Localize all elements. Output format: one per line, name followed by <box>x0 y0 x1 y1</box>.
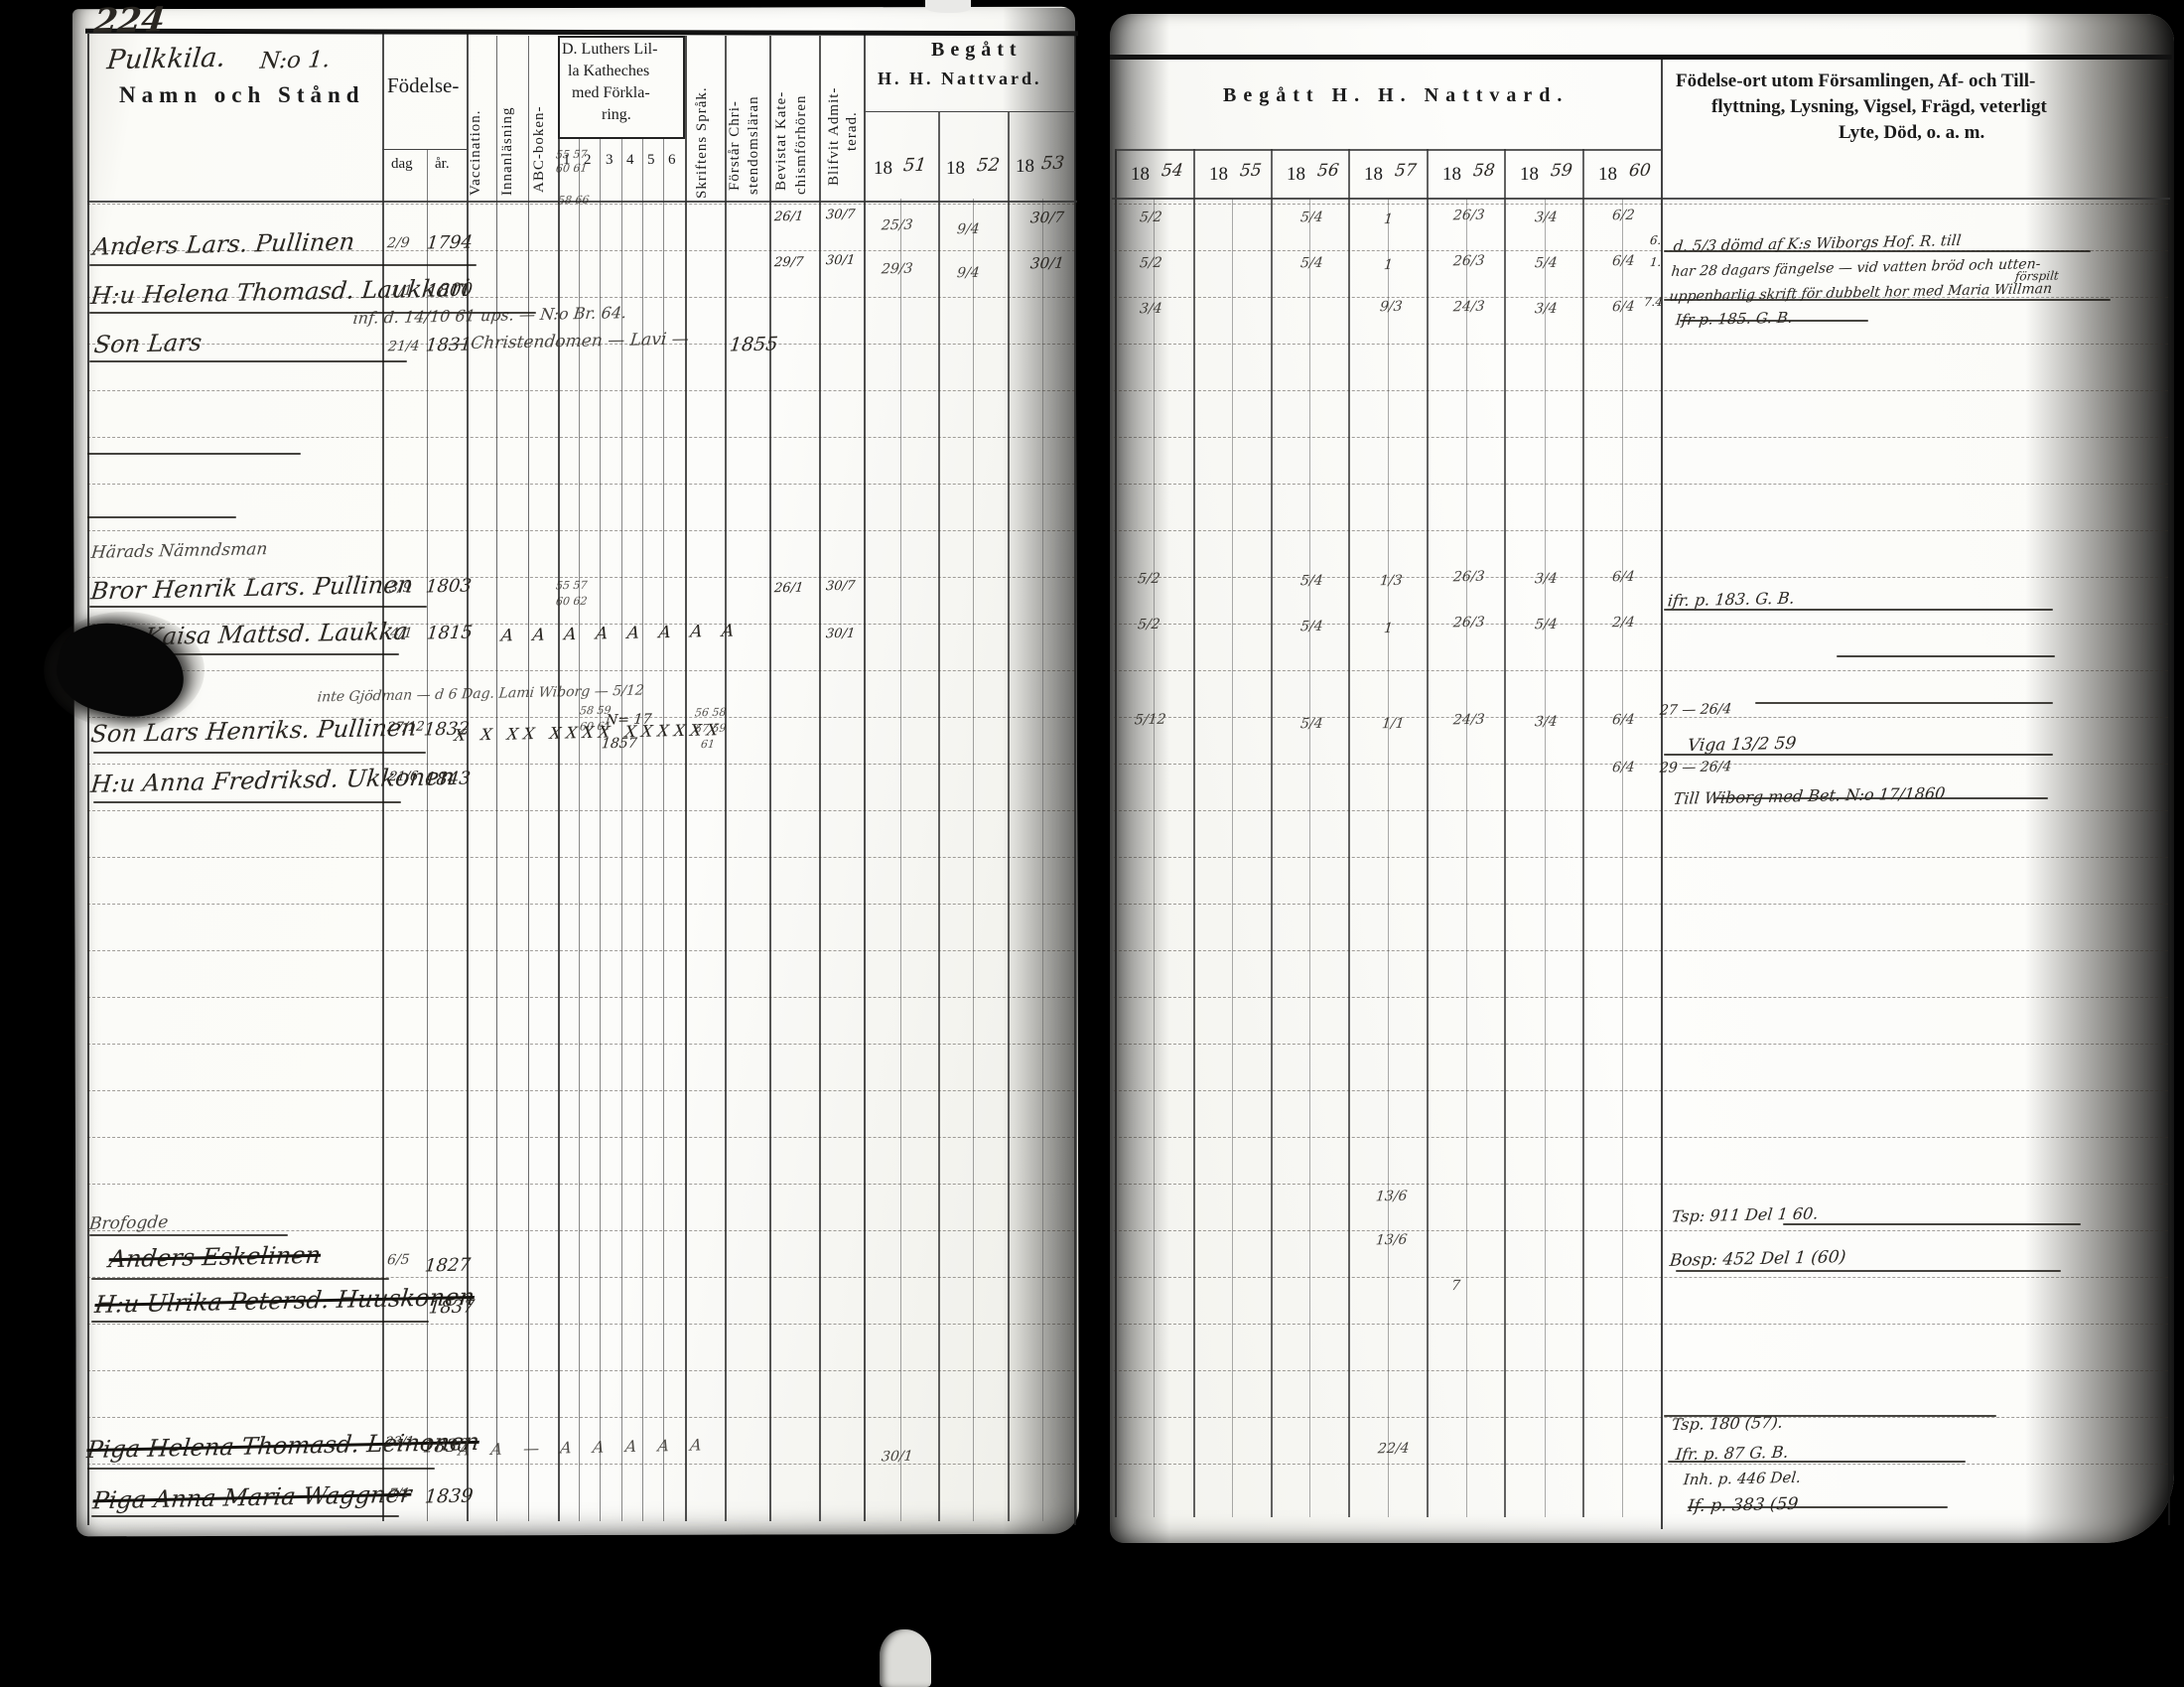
margin-note: Tsp. 180 (57). <box>1671 1415 1784 1433</box>
grid-line <box>87 484 1075 485</box>
entry-birth-year: 1839 <box>424 1486 474 1506</box>
year-1856-digits: 56 <box>1316 163 1339 180</box>
grid-line <box>87 34 89 1525</box>
village-number: N:o 1. <box>259 49 332 72</box>
margin-note: Ifr p. 185. G. B. <box>1675 311 1793 328</box>
communion-mark: 29/7 <box>773 256 804 270</box>
entry-birth-day: 3/9 <box>388 581 412 595</box>
communion-mark: 26/3 <box>1452 570 1485 585</box>
year-1854-printed: 18 <box>1131 165 1150 184</box>
col-header-bevistat-katechismforhoren-2: chismförhören <box>794 38 809 195</box>
year-1860-digits: 60 <box>1628 163 1651 180</box>
year-1851-printed: 18 <box>874 159 892 178</box>
margin-note: If. p. 383 (59 <box>1687 1496 1799 1515</box>
grid-line <box>87 857 1075 858</box>
grid-line <box>1114 1184 2168 1185</box>
entry-name-struck: Anders Eskelinen <box>108 1243 323 1271</box>
grid-line <box>87 1324 1075 1325</box>
grid-line <box>1114 484 2168 485</box>
entry-birth-day: 2/9 <box>386 236 410 250</box>
communion-mark: 5/12 <box>1134 713 1166 728</box>
catechism-num-5: 5 <box>647 153 655 168</box>
col-header-birth: Födelse- <box>387 75 459 96</box>
grid-line <box>1427 149 1429 1517</box>
communion-mark: 6/4 <box>1611 300 1635 314</box>
grid-line <box>382 149 467 150</box>
grid-line <box>1466 199 1467 1517</box>
grid-line <box>1114 1090 2168 1091</box>
grid-line <box>1154 199 1155 1517</box>
margin-note: Ifr. p. 87 G. B. <box>1675 1445 1789 1463</box>
grid-line <box>1504 149 1506 1517</box>
grid-line <box>87 453 301 455</box>
catechism-header-line2: la Katheches <box>568 64 649 79</box>
grid-line <box>1114 1230 2168 1231</box>
grid-line <box>1622 199 1623 1517</box>
entry-birth-year: 1794 <box>426 234 474 253</box>
grid-line <box>1271 149 1273 1517</box>
communion-header-left-line2: H. H. Nattvard. <box>878 70 1042 87</box>
grid-line <box>528 36 529 1521</box>
grid-line <box>1112 198 2170 200</box>
year-1853-digits: 53 <box>1040 155 1065 173</box>
grid-line <box>93 801 401 803</box>
grid-line <box>87 810 1075 811</box>
entry-birth-day: 7/1 <box>388 1487 410 1500</box>
grid-line <box>87 437 1075 438</box>
exam-years-mark: 57 59 <box>694 723 727 735</box>
grid-line <box>1661 58 1663 1529</box>
entry-birth-day: 27/12 <box>386 721 425 735</box>
communion-mark: 9/4 <box>956 222 980 236</box>
grid-line <box>87 764 1075 765</box>
book-clamp-bottom <box>880 1629 931 1687</box>
communion-header-left-line1: Begått <box>931 40 1023 60</box>
communion-mark: 5/2 <box>1139 211 1162 224</box>
grid-line <box>1008 111 1010 1521</box>
grid-line <box>1074 34 1076 1525</box>
exam-years-mark: 60 61 <box>555 163 588 175</box>
communion-mark: 13/6 <box>1375 1233 1408 1248</box>
page-number: 224 <box>92 3 167 38</box>
communion-mark: 30/7 <box>825 580 856 594</box>
communion-mark: 5/4 <box>1299 717 1323 731</box>
exam-years-mark: 56 58 <box>694 707 727 719</box>
grid-line <box>1114 530 2168 531</box>
grid-line <box>87 1090 1075 1091</box>
entry-birth-day: 21/4 <box>387 340 420 354</box>
grid-line <box>2168 58 2170 1525</box>
grid-line <box>1309 199 1310 1517</box>
communion-mark: 5/4 <box>1534 256 1558 270</box>
grid-line <box>1114 1464 2168 1465</box>
grid-line <box>87 1370 1075 1371</box>
year-1855-printed: 18 <box>1209 165 1228 184</box>
year-1856-printed: 18 <box>1287 165 1305 184</box>
grid-line <box>1114 857 2168 858</box>
grid-line <box>87 997 1075 998</box>
notes-header-line1: Födelse-ort utom Församlingen, Af- och T… <box>1676 71 2035 90</box>
year-1854-digits: 54 <box>1160 163 1183 180</box>
grid-line <box>87 390 1075 391</box>
communion-mark: 5/2 <box>1137 618 1160 632</box>
grid-line <box>91 1321 429 1323</box>
grid-line <box>1114 1324 2168 1325</box>
communion-mark: 3/4 <box>1139 302 1162 316</box>
grid-line <box>685 36 687 1521</box>
row-note-year: 1855 <box>729 335 778 354</box>
entry-birth-year: 1803 <box>425 578 473 597</box>
grid-line <box>1114 204 2168 205</box>
communion-mark: 26/3 <box>1452 209 1485 223</box>
communion-mark: 26/3 <box>1452 616 1485 631</box>
communion-mark: 6/4 <box>1611 713 1635 727</box>
communion-mark: 9/4 <box>956 266 980 280</box>
year-1852-printed: 18 <box>946 159 965 178</box>
entry-name: Son Lars <box>93 331 204 356</box>
year-1859-digits: 59 <box>1550 163 1572 180</box>
grid-line <box>87 670 1075 671</box>
admitted-year-mark: 1857 <box>601 737 637 752</box>
margin-tick: 7.4 <box>1643 296 1663 308</box>
grid-line <box>91 1515 399 1517</box>
grid-line <box>1582 149 1584 1517</box>
entry-birth-day: 21/6 <box>388 771 419 784</box>
grid-line <box>1837 655 2055 657</box>
communion-mark: 30/1 <box>825 254 856 268</box>
grid-line <box>1114 1277 2168 1278</box>
col-header-innanlasning: Innanläsning <box>500 42 515 196</box>
entry-birth-day: 1/1 <box>389 284 413 298</box>
col-header-forstar-christendomslaran-1: Förstår Chri- <box>728 40 743 191</box>
year-1851-digits: 51 <box>902 157 927 175</box>
exam-years-mark: 55 57 <box>555 580 588 592</box>
grid-line <box>87 516 236 518</box>
grid-line <box>558 36 560 1521</box>
entry-name: Anders Lars. Pullinen <box>91 229 355 258</box>
communion-mark: 26/1 <box>773 582 804 596</box>
communion-mark: 6/4 <box>1611 570 1635 584</box>
grid-line <box>1114 1137 2168 1138</box>
communion-mark: 1 <box>1383 212 1393 226</box>
grid-line <box>1114 1370 2168 1371</box>
grid-line <box>1114 344 2168 345</box>
communion-mark: 30/1 <box>881 1450 913 1465</box>
grid-line <box>938 111 940 1521</box>
year-1860-printed: 18 <box>1598 165 1617 184</box>
grid-line <box>1348 149 1350 1517</box>
communion-mark: 1/3 <box>1379 574 1403 588</box>
grid-line <box>1114 390 2168 391</box>
group-label: Härads Nämndsman <box>90 541 268 562</box>
grid-line <box>87 1464 1075 1465</box>
col-header-abc-boken: ABC-boken- <box>532 44 547 193</box>
year-1853-printed: 18 <box>1016 157 1034 176</box>
communion-mark: 26/1 <box>773 211 804 224</box>
entry-birth-day: 23/1 <box>384 1436 415 1450</box>
exam-years-mark: 55 57 <box>555 149 588 161</box>
entry-birth-year: 1815 <box>426 625 474 643</box>
year-1852-digits: 52 <box>976 157 1001 175</box>
margin-note: 29 — 26/4 <box>1659 760 1732 775</box>
admitted-number-mark: N= 17 <box>605 713 652 728</box>
scanned-parish-register-spread: 224 Pulkkila. N:o 1. Namn och Stånd Föde… <box>0 0 2184 1687</box>
col-header-name: Namn och Stånd <box>119 83 365 106</box>
entry-birth-year: 1827 <box>424 1257 472 1276</box>
margin-tick: 1. <box>1649 256 1662 268</box>
catechism-header-line1: D. Luthers Lil- <box>562 42 657 58</box>
grid-line <box>87 904 1075 905</box>
margin-note: Viga 13/2 59 <box>1687 736 1797 755</box>
grid-line <box>1545 199 1546 1517</box>
col-header-skriftens-sprak: Skriftens Språk. <box>695 40 710 199</box>
communion-mark: 30/7 <box>825 209 856 222</box>
communion-mark: 1 <box>1383 258 1393 272</box>
communion-mark: 5/4 <box>1299 574 1323 588</box>
notes-header-line2: flyttning, Lysning, Vigsel, Frägd, veter… <box>1711 97 2047 116</box>
catechism-num-6: 6 <box>668 153 676 168</box>
village-heading: Pulkkila. <box>105 45 226 73</box>
entry-birth-year: 1837 <box>428 1299 476 1318</box>
grid-line <box>725 36 727 1521</box>
grid-line <box>496 36 497 1521</box>
grid-line <box>1110 55 2172 60</box>
communion-mark: 5/4 <box>1534 618 1558 632</box>
margin-note: 27 — 26/4 <box>1659 702 1732 718</box>
exam-years-mark: 58 66 <box>557 195 590 207</box>
communion-mark: 24/3 <box>1452 300 1485 315</box>
grid-line <box>1114 764 2168 765</box>
notes-header-line3: Lyte, Död, o. a. m. <box>1839 123 1984 142</box>
year-1857-digits: 57 <box>1394 163 1417 180</box>
grid-line <box>1115 149 1661 151</box>
grid-line <box>87 950 1075 951</box>
communion-mark: 22/4 <box>1377 1442 1410 1457</box>
margin-note: Tsp: 911 Del 1 60. <box>1671 1205 1819 1224</box>
entry-birth-day: 6/5 <box>386 1253 410 1267</box>
communion-mark: 2/4 <box>1611 616 1635 630</box>
grid-line <box>1114 950 2168 951</box>
subcol-day: dag <box>391 157 413 172</box>
col-header-blifvit-admitterad-2: terad. <box>845 71 860 151</box>
grid-line <box>1676 1270 2061 1272</box>
grid-line <box>1114 717 2168 718</box>
communion-mark: 24/3 <box>1452 713 1485 728</box>
margin-note: ifr. p. 183. G. B. <box>1667 591 1795 610</box>
col-header-bevistat-katechismforhoren-1: Bevistat Kate- <box>774 40 789 191</box>
grid-line <box>1114 670 2168 671</box>
communion-mark: 3/4 <box>1534 572 1558 586</box>
grid-line <box>1755 702 2053 704</box>
grid-line <box>1114 1044 2168 1045</box>
grid-line <box>1114 997 2168 998</box>
communion-mark: 5/4 <box>1299 620 1323 633</box>
margin-note: förspilt <box>2014 270 2059 283</box>
exam-years-mark: 61 <box>700 739 715 750</box>
year-1859-printed: 18 <box>1520 165 1539 184</box>
catechism-header-line3: med Förkla- <box>572 85 650 101</box>
catechism-num-3: 3 <box>606 153 614 168</box>
grid-line <box>1193 149 1195 1517</box>
entry-birth-day: 4/1 <box>389 627 413 640</box>
entry-birth-year: 1843 <box>424 771 472 789</box>
grid-line <box>87 1137 1075 1138</box>
grid-line <box>1232 199 1233 1517</box>
grid-line <box>93 752 426 754</box>
grid-line <box>87 1468 435 1470</box>
communion-mark: 5/4 <box>1299 256 1323 270</box>
entry-birth-year: 1800 <box>426 282 474 301</box>
year-1858-printed: 18 <box>1442 165 1461 184</box>
communion-mark: 30/1 <box>825 628 856 641</box>
communion-mark: 1 <box>1383 622 1393 635</box>
communion-mark: 5/2 <box>1137 572 1160 586</box>
communion-mark: 3/4 <box>1534 211 1558 224</box>
right-page <box>1110 14 2174 1543</box>
grid-line <box>89 360 407 362</box>
grid-line <box>1783 1223 2081 1225</box>
communion-mark: 6/4 <box>1611 761 1635 774</box>
communion-mark: 5/2 <box>1139 256 1162 270</box>
grid-line <box>1114 624 2168 625</box>
book-clamp-top <box>925 0 971 13</box>
communion-mark: 6/2 <box>1611 209 1635 222</box>
grid-line <box>87 530 1075 531</box>
grid-line <box>864 111 1075 112</box>
exam-years-mark: 60 62 <box>555 596 588 608</box>
communion-mark: 6/4 <box>1611 254 1635 268</box>
catechism-header-line4: ring. <box>602 107 631 123</box>
grid-line <box>1114 904 2168 905</box>
grid-line <box>91 1278 389 1280</box>
catechism-num-4: 4 <box>626 153 634 168</box>
year-1855-digits: 55 <box>1239 163 1262 180</box>
entry-name: Bror Henrik Lars. Pullinen <box>89 573 414 604</box>
grid-line <box>1115 149 1117 1517</box>
communion-mark: 30/7 <box>1029 211 1064 226</box>
group-label: Brofogde <box>88 1214 169 1233</box>
grid-line <box>89 1234 288 1236</box>
communion-mark: 7 <box>1450 1279 1460 1293</box>
communion-mark: 30/1 <box>1029 256 1064 272</box>
subcol-year: år. <box>435 157 450 172</box>
margin-note: Inh. p. 446 Del. <box>1683 1471 1802 1487</box>
grid-line <box>864 34 866 1521</box>
margin-note: Bosp: 452 Del 1 (60) <box>1669 1249 1846 1270</box>
grid-line <box>89 264 477 266</box>
grid-line <box>87 1184 1075 1185</box>
year-1858-digits: 58 <box>1472 163 1495 180</box>
communion-mark: 13/6 <box>1375 1190 1408 1204</box>
grid-line <box>89 606 427 608</box>
communion-mark: 5/4 <box>1299 211 1323 224</box>
col-header-vaccination: Vaccination. <box>469 42 483 196</box>
communion-header-right: Begått H. H. Nattvard. <box>1223 85 1569 105</box>
grid-line <box>87 1044 1075 1045</box>
communion-mark: 9/3 <box>1379 300 1403 314</box>
communion-mark: 3/4 <box>1534 715 1558 729</box>
communion-mark: 3/4 <box>1534 302 1558 316</box>
grid-line <box>1388 199 1389 1517</box>
margin-tick: 6. <box>1649 234 1662 246</box>
communion-mark: 25/3 <box>881 218 913 233</box>
col-header-forstar-christendomslaran-2: stendomsläran <box>747 38 761 195</box>
communion-mark: 1/1 <box>1381 717 1405 731</box>
grid-line <box>1114 810 2168 811</box>
communion-mark: 26/3 <box>1452 254 1485 269</box>
grid-line <box>1664 609 2053 611</box>
grid-line <box>1114 437 2168 438</box>
grid-line <box>1114 1417 2168 1418</box>
grid-line <box>819 36 821 1521</box>
communion-mark: 29/3 <box>881 262 913 277</box>
grid-line <box>769 36 771 1521</box>
grid-line <box>87 1230 1075 1231</box>
col-header-blifvit-admitterad-1: Blifvit Admit- <box>827 42 842 186</box>
grid-line <box>1114 577 2168 578</box>
grid-line <box>87 1417 1075 1418</box>
entry-name-struck: Piga Anna Maria Waggner <box>91 1482 412 1513</box>
year-1857-printed: 18 <box>1364 165 1383 184</box>
